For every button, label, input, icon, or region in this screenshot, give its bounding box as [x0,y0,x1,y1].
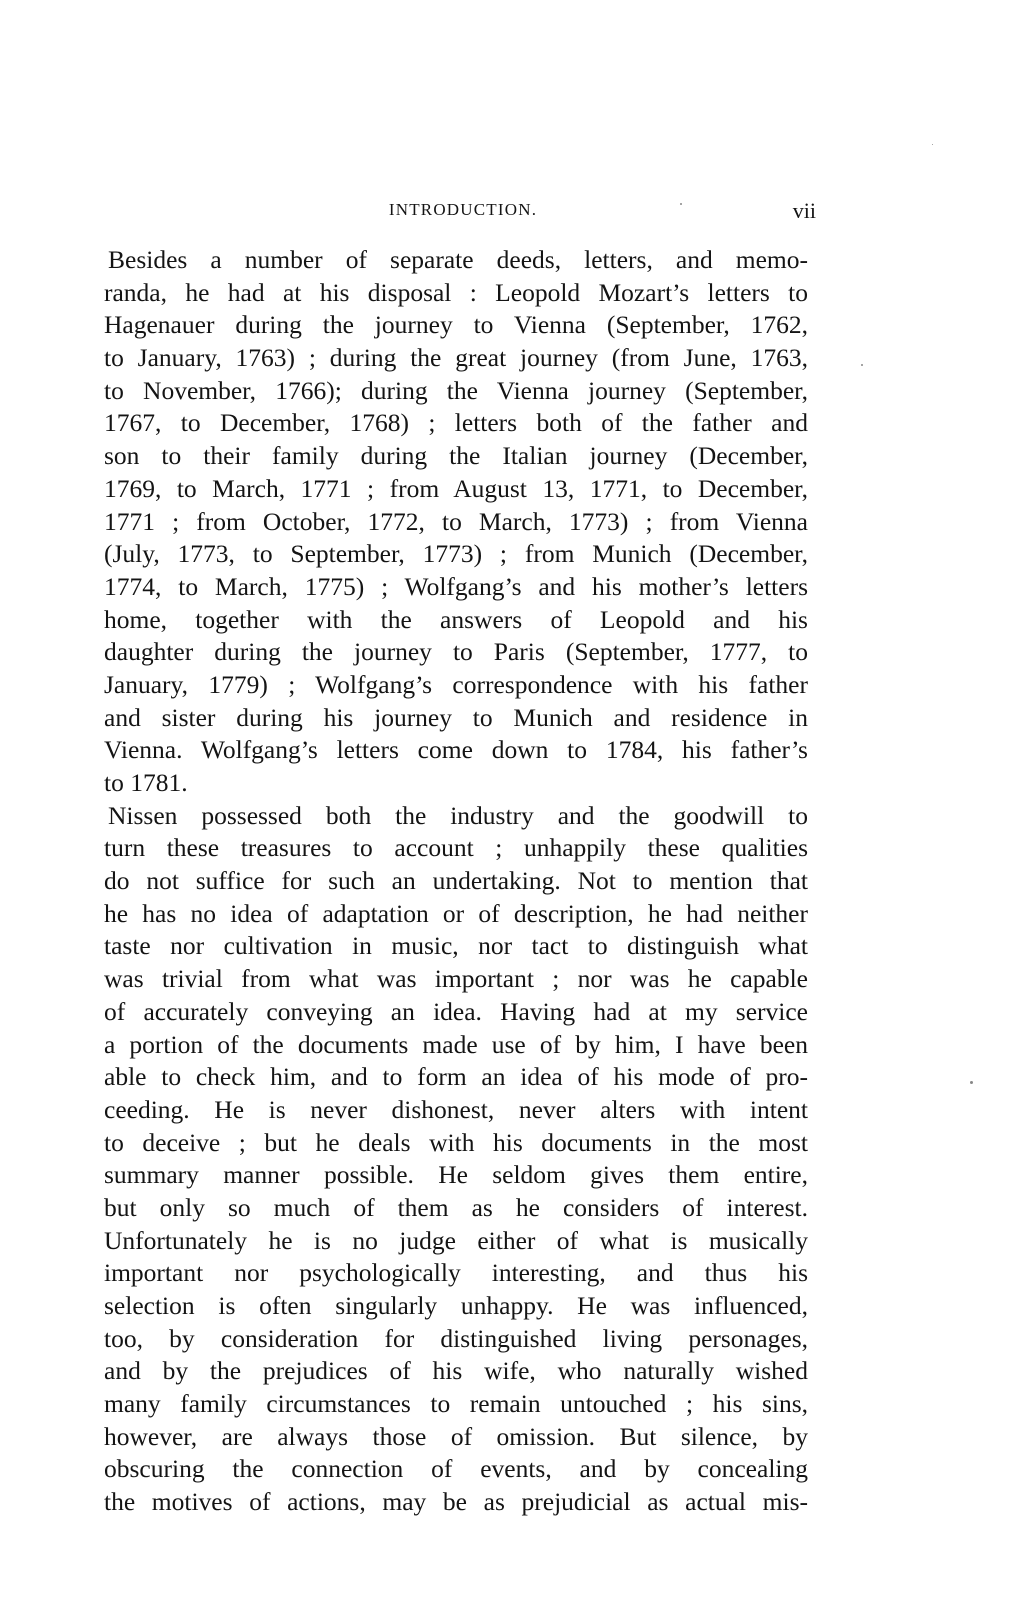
text-line: he has no idea of adaptation or of descr… [104,898,808,931]
text-line: to deceive ; but he deals with his docum… [104,1127,808,1160]
text-line: 1767, to December, 1768) ; letters both … [104,407,808,440]
text-line: and sister during his journey to Munich … [104,702,808,735]
text-line: Vienna. Wolfgang’s letters come down to … [104,734,808,767]
text-line: taste nor cultivation in music, nor tact… [104,930,808,963]
body-text: Besides a number of separate deeds, lett… [104,244,808,1519]
scan-speck [932,144,933,145]
text-line: however, are always those of omission. B… [104,1421,808,1454]
text-line: selection is often singularly unhappy. H… [104,1290,808,1323]
text-line: too, by consideration for distinguished … [104,1323,808,1356]
text-line: able to check him, and to form an idea o… [104,1061,808,1094]
text-line: the motives of actions, may be as prejud… [104,1486,808,1519]
text-line: son to their family during the Italian j… [104,440,808,473]
text-line: 1774, to March, 1775) ; Wolfgang’s and h… [104,571,808,604]
text-line: home, together with the answers of Leopo… [104,604,808,637]
text-line: a portion of the documents made use of b… [104,1029,808,1062]
text-line: Besides a number of separate deeds, lett… [104,244,808,277]
text-line: do not suffice for such an undertaking. … [104,865,808,898]
text-line: ceeding. He is never dishonest, never al… [104,1094,808,1127]
scan-speck [970,1081,973,1084]
text-line: Hagenauer during the journey to Vienna (… [104,309,808,342]
text-line: of accurately conveying an idea. Having … [104,996,808,1029]
text-line: many family circumstances to remain unto… [104,1388,808,1421]
text-line: (July, 1773, to September, 1773) ; from … [104,538,808,571]
text-line: to January, 1763) ; during the great jou… [104,342,808,375]
text-line: 1771 ; from October, 1772, to March, 177… [104,506,808,539]
running-head: INTRODUCTION. vii [104,198,822,228]
text-line: January, 1779) ; Wolfgang’s corresponden… [104,669,808,702]
text-line: was trivial from what was important ; no… [104,963,808,996]
text-line: and by the prejudices of his wife, who n… [104,1355,808,1388]
text-line: 1769, to March, 1771 ; from August 13, 1… [104,473,808,506]
running-title: INTRODUCTION. [104,200,822,220]
text-line: to 1781. [104,767,808,800]
text-line: to November, 1766); during the Vienna jo… [104,375,808,408]
scan-speck [680,203,682,205]
scan-speck [861,364,863,366]
text-line: summary manner possible. He seldom gives… [104,1159,808,1192]
text-line: daughter during the journey to Paris (Se… [104,636,808,669]
text-line: Nissen possessed both the industry and t… [104,800,808,833]
text-line: but only so much of them as he considers… [104,1192,808,1225]
text-line: important nor psychologically interestin… [104,1257,808,1290]
text-line: Unfortunately he is no judge either of w… [104,1225,808,1258]
book-page: INTRODUCTION. vii Besides a number of se… [0,0,1034,1600]
text-line: randa, he had at his disposal : Leopold … [104,277,808,310]
page-number: vii [793,198,816,224]
text-line: obscuring the connection of events, and … [104,1453,808,1486]
text-line: turn these treasures to account ; unhapp… [104,832,808,865]
